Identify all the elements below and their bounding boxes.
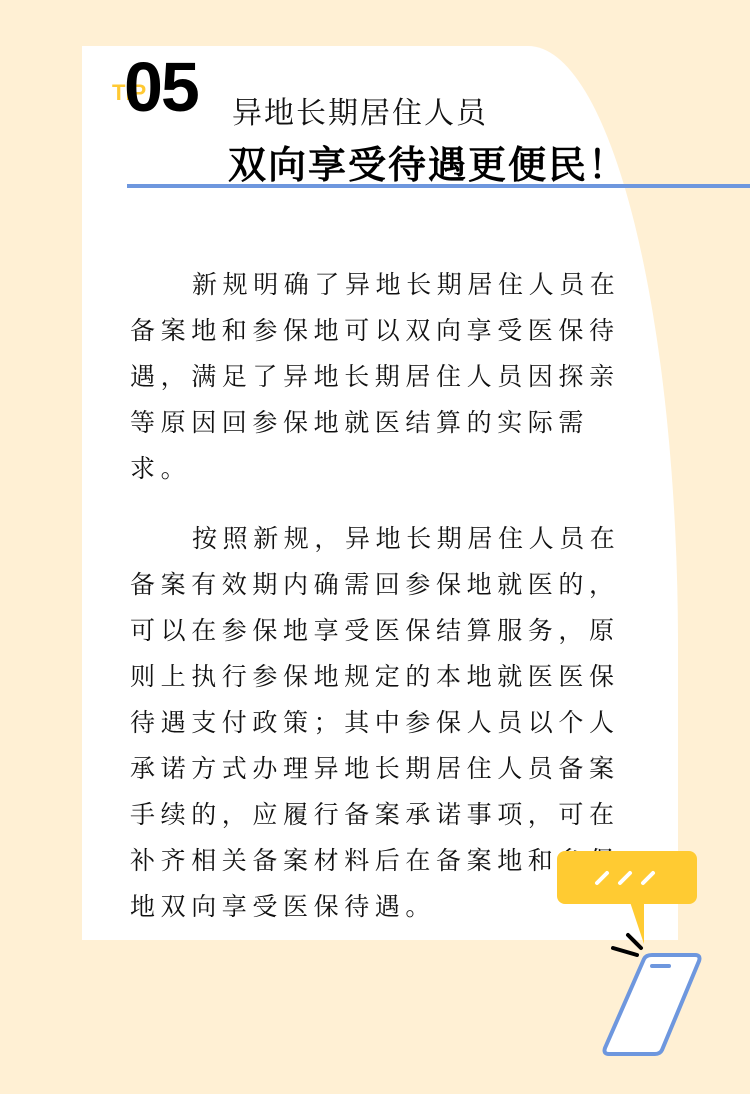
speech-bubble-icon (557, 851, 697, 904)
title-line-2: 双向享受待遇更便民！ (228, 134, 628, 189)
title-line-1: 异地长期居住人员 (232, 88, 488, 132)
paragraph-1: 新规明确了异地长期居住人员在备案地和参保地可以双向享受医保待遇，满足了异地长期居… (130, 262, 630, 492)
speech-bubble-tail (630, 902, 644, 944)
paragraph-2: 按照新规，异地长期居住人员在备案有效期内确需回参保地就医的，可以在参保地享受医保… (130, 516, 630, 930)
tip-number: 05 (124, 52, 198, 122)
smartphone-icon (605, 955, 700, 1054)
title-divider (127, 184, 750, 188)
